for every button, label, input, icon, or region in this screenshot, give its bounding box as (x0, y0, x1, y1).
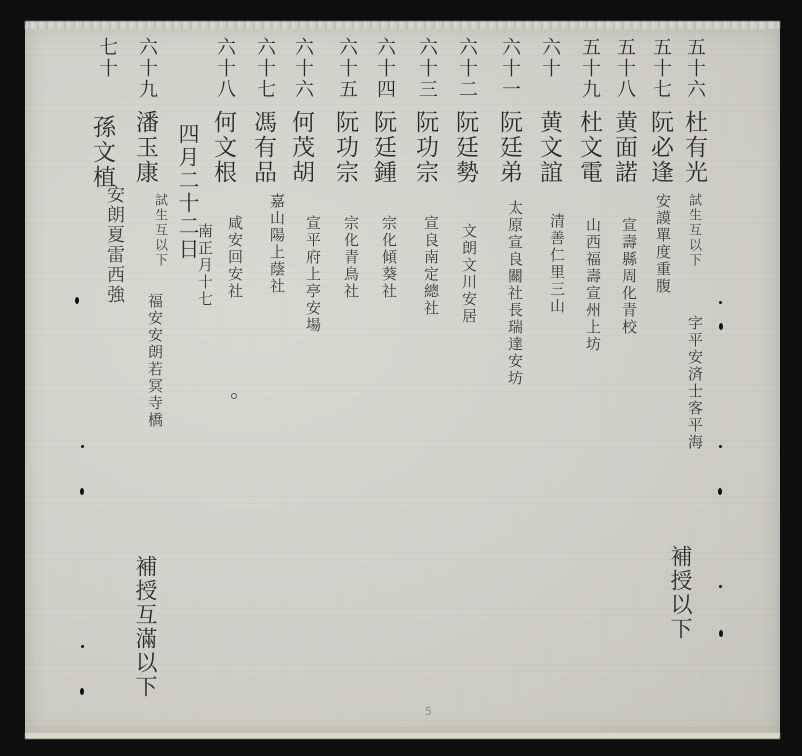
entry-name: 黄面諾 (612, 110, 635, 185)
entry-number: 六十一 (500, 37, 519, 100)
entry-number: 六十九 (137, 37, 156, 100)
punctuation-circle (231, 393, 237, 399)
entry-name: 阮必逢 (648, 110, 671, 185)
entry-annotation: 山西福壽宣州上坊 (585, 217, 600, 353)
entry-number: 六十六 (293, 37, 312, 100)
sub-note: 福安安朗若冥寺橋 (147, 293, 162, 429)
entry-annotation: 宗化傾葵社 (381, 215, 396, 300)
entry-annotation: 嘉山陽上蔭社 (269, 193, 284, 295)
entry-number: 六十八 (215, 37, 234, 100)
entry-number: 五十九 (580, 37, 599, 100)
page-number: 5 (425, 705, 432, 718)
entry-name: 杜有光 (682, 110, 705, 185)
signature-left: 補授互滿以下 (133, 555, 155, 699)
entry-number: 五十八 (615, 37, 634, 100)
entry-annotation: 清善仁里三山 (549, 213, 564, 315)
entry-name: 阮廷弟 (497, 110, 520, 185)
entry-annotation: 宗化青鳥社 (343, 215, 358, 300)
entry-number: 六十三 (417, 37, 436, 100)
entry-annotation: 咸安回安社 (227, 215, 242, 300)
entry-name: 黄文誼 (537, 110, 560, 185)
entry-number: 六十五 (337, 37, 356, 100)
entry-annotation: 文朗文川安居 (461, 223, 476, 325)
entry-name: 阮功宗 (413, 110, 436, 185)
entry-annotation: 試生互以下 (153, 193, 166, 268)
entry-number: 七十 (97, 37, 116, 79)
entry-number: 六十七 (255, 37, 274, 100)
entry-annotation: 宣良南定總社 (423, 215, 438, 317)
binding-hole (718, 488, 722, 495)
entry-number: 六十 (540, 37, 559, 79)
entry-name: 何茂胡 (289, 110, 312, 185)
entry-origin: 字平安済士客平海 (687, 315, 702, 451)
binding-hole (719, 445, 722, 448)
binding-hole (81, 645, 84, 648)
entry-name: 馮有品 (251, 110, 274, 185)
entry-annotation: 安朗夏雷西強 (105, 185, 123, 305)
entry-name: 阮功宗 (333, 110, 356, 185)
entry-number: 六十四 (375, 37, 394, 100)
entry-number: 六十二 (457, 37, 476, 100)
binding-hole (719, 301, 722, 304)
binding-hole (719, 323, 723, 330)
entry-name: 潘玉康 (133, 110, 156, 185)
entry-name: 何文根 (211, 110, 234, 185)
binding-hole (719, 585, 722, 588)
signature-right: 補授以下 (668, 545, 690, 641)
entry-number: 五十七 (651, 37, 670, 100)
entry-annotation: 宣平府上亭安場 (305, 215, 320, 334)
entry-annotation: 安謨單度重腹 (655, 193, 670, 295)
binding-hole (719, 630, 723, 637)
binding-hole (80, 688, 84, 695)
binding-hole (75, 297, 79, 304)
entry-annotation: 試生互以下 (687, 193, 700, 268)
entry-name: 孫文植 (90, 115, 113, 190)
entry-annotation: 宣壽縣周化青校 (621, 217, 636, 336)
entry-name: 阮廷鍾 (371, 110, 394, 185)
manuscript-page: 五十六 杜有光 試生互以下 字平安済士客平海 五十七 阮必逢 安謨單度重腹 五十… (25, 25, 780, 735)
entry-number: 五十六 (685, 37, 704, 100)
date-note: 南正月十七 (197, 223, 212, 308)
binding-hole (81, 445, 84, 448)
entry-annotation: 太原宣良關社長瑞達安坊 (507, 200, 522, 387)
entry-name: 杜文電 (577, 110, 600, 185)
binding-hole (80, 488, 84, 495)
entry-name: 阮廷勢 (453, 110, 476, 185)
scan-frame: 五十六 杜有光 試生互以下 字平安済士客平海 五十七 阮必逢 安謨單度重腹 五十… (0, 0, 802, 756)
date-line: 四月二十二日 (177, 123, 198, 261)
